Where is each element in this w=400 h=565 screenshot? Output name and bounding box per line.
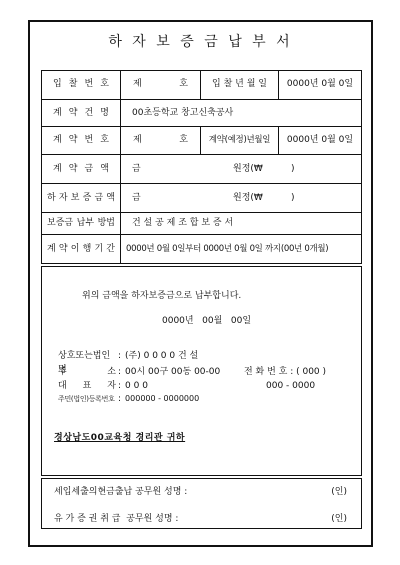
table-row-contract-amount: 계 약 금 액 금 원정(₩ ) xyxy=(42,154,361,183)
declaration-box: 위의 금액을 하자보증금으로 납부합니다. 0000년 00월 00일 상호또는… xyxy=(41,266,362,476)
contract-amount-value: 금 원정(₩ ) xyxy=(120,155,361,183)
form-sheet: 하 자 보 증 금 납 부 서 입 찰 번 호 제 호 입 찰 년 월 일 00… xyxy=(28,20,373,547)
payment-method-value: 건 설 공 제 조 합 보 증 서 xyxy=(120,213,361,234)
colon: : xyxy=(118,365,121,379)
contract-amount-label: 계 약 금 액 xyxy=(42,155,120,183)
company-address-label: 주 소 xyxy=(58,365,116,379)
contract-date-label: 계약(예정)년월일 xyxy=(200,127,278,154)
performance-period-label: 계 약 이 행 기 간 xyxy=(42,235,120,263)
contract-date-value: 0000년 0월 0일 xyxy=(278,127,361,154)
contract-name-value: 00초등학교 창고신축공사 xyxy=(120,100,361,126)
cash-official-name-label: 세입세출의현금출납 공무원 성명 : xyxy=(54,485,187,499)
colon: : xyxy=(118,392,121,406)
form-table: 입 찰 번 호 제 호 입 찰 년 월 일 0000년 0월 0일 계 약 건 … xyxy=(41,70,362,264)
colon: : xyxy=(118,379,121,393)
defect-deposit-amount-value: 금 원정(₩ ) xyxy=(120,184,361,212)
payment-method-label: 보증금 납부 방법 xyxy=(42,213,120,234)
amount-paren-close: ) xyxy=(291,155,295,183)
phone-number-label: 전 화 번 호 : ( 000 ) xyxy=(244,365,326,379)
company-ceo-value: 0 0 0 xyxy=(125,379,148,393)
bid-date-value: 0000년 0월 0일 xyxy=(278,71,361,99)
company-ceo-label: 대 표 자 xyxy=(58,379,116,393)
official-signature-box: 세입세출의현금출납 공무원 성명 : (인) 유 가 증 권 취 급 공무원 성… xyxy=(41,478,362,529)
performance-period-value: 0000년 0월 0일부터 0000년 0월 0일 까지(00년 0개월) xyxy=(120,235,361,263)
registration-number-value: 000000 - 0000000 xyxy=(125,392,199,406)
company-name-value: (주) 0 0 0 0 건 설 xyxy=(125,349,198,363)
securities-official-name-label: 유 가 증 권 취 급 공무원 성명 : xyxy=(54,512,178,526)
declaration-statement: 위의 금액을 하자보증금으로 납부합니다. xyxy=(82,288,241,301)
table-row-bid-number: 입 찰 번 호 제 호 입 찰 년 월 일 0000년 0월 0일 xyxy=(42,71,361,99)
registration-number-label: 주민(법인)등록번호 xyxy=(58,392,116,406)
seal-mark: (인) xyxy=(331,485,347,499)
defect-deposit-amount-label: 하 자 보 증 금 액 xyxy=(42,184,120,212)
cash-official-line: 세입세출의현금출납 공무원 성명 : (인) xyxy=(54,485,347,499)
table-row-contract-number: 계 약 번 호 제 호 계약(예정)년월일 0000년 0월 0일 xyxy=(42,126,361,154)
securities-official-line: 유 가 증 권 취 급 공무원 성명 : (인) xyxy=(54,512,347,526)
amount-prefix: 금 xyxy=(132,155,141,183)
bid-date-label: 입 찰 년 월 일 xyxy=(200,71,278,99)
company-address-value: 00시 00구 00동 00-00 xyxy=(125,365,220,379)
company-name-label: 상호또는법인명 xyxy=(58,349,116,363)
table-row-payment-method: 보증금 납부 방법 건 설 공 제 조 합 보 증 서 xyxy=(42,212,361,234)
bid-number-value: 제 호 xyxy=(120,71,200,99)
table-row-performance-period: 계 약 이 행 기 간 0000년 0월 0일부터 0000년 0월 0일 까지… xyxy=(42,234,361,263)
company-registration-line: 주민(법인)등록번호 : 000000 - 0000000 xyxy=(58,392,357,406)
colon: : xyxy=(118,349,121,363)
amount-prefix: 금 xyxy=(132,184,141,212)
addressee: 경상남도00교육청 경리관 귀하 xyxy=(54,430,185,443)
contract-number-label: 계 약 번 호 xyxy=(42,127,120,154)
company-ceo-line: 대 표 자 : 0 0 0 000 - 0000 xyxy=(58,379,357,393)
table-row-contract-name: 계 약 건 명 00초등학교 창고신축공사 xyxy=(42,99,361,126)
bid-number-label: 입 찰 번 호 xyxy=(42,71,120,99)
company-name-line: 상호또는법인명 : (주) 0 0 0 0 건 설 xyxy=(58,349,357,363)
table-row-defect-deposit-amount: 하 자 보 증 금 액 금 원정(₩ ) xyxy=(42,183,361,212)
company-address-line: 주 소 : 00시 00구 00동 00-00 전 화 번 호 : ( 000 … xyxy=(58,365,357,379)
form-title: 하 자 보 증 금 납 부 서 xyxy=(30,31,371,51)
amount-won-open: 원정(₩ xyxy=(233,155,263,183)
amount-won-open: 원정(₩ xyxy=(233,184,263,212)
seal-mark: (인) xyxy=(331,512,347,526)
declaration-date: 0000년 00월 00일 xyxy=(162,313,251,326)
contract-number-value: 제 호 xyxy=(120,127,200,154)
amount-paren-close: ) xyxy=(291,184,295,212)
phone-number-value: 000 - 0000 xyxy=(266,379,315,393)
contract-name-label: 계 약 건 명 xyxy=(42,100,120,126)
